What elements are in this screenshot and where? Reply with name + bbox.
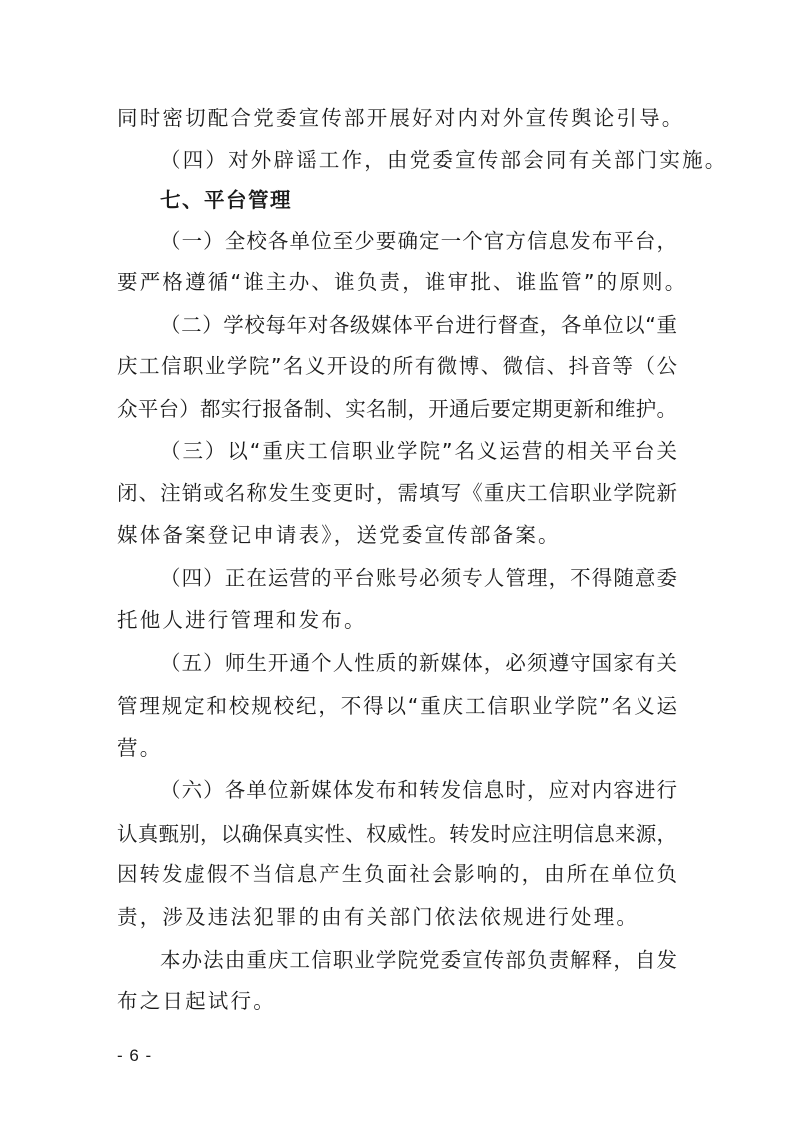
paragraph-line: 布之日起试行。 — [117, 988, 677, 1014]
paragraph-line: 管理规定和校规校纪，不得以“重庆工信职业学院”名义运 — [117, 693, 677, 719]
paragraph-line: 庆工信职业学院”名义开设的所有微博、微信、抖音等（公 — [117, 353, 677, 379]
paragraph-line: 责，涉及违法犯罪的由有关部门依法依规进行处理。 — [117, 904, 677, 930]
paragraph-line: （三）以“重庆工信职业学院”名义运营的相关平台关 — [160, 438, 677, 464]
paragraph-line: 本办法由重庆工信职业学院党委宣传部负责解释，自发 — [160, 947, 677, 973]
paragraph-line: （四）正在运营的平台账号必须专人管理，不得随意委 — [160, 565, 677, 591]
paragraph-line: （六）各单位新媒体发布和转发信息时，应对内容进行 — [160, 777, 677, 803]
document-page: 同时密切配合党委宣传部开展好对内对外宣传舆论引导。 （四）对外辟谣工作，由党委宣… — [0, 0, 793, 1122]
paragraph-line: （二）学校每年对各级媒体平台进行督查，各单位以“重 — [160, 312, 677, 338]
paragraph-line: 营。 — [117, 735, 677, 761]
paragraph-line: （一）全校各单位至少要确定一个官方信息发布平台， — [160, 228, 677, 254]
paragraph-line: 媒体备案登记申请表》，送党委宣传部备案。 — [117, 522, 677, 548]
paragraph-line: 托他人进行管理和发布。 — [117, 607, 677, 633]
paragraph-line: 众平台）都实行报备制、实名制，开通后要定期更新和维护。 — [117, 396, 677, 422]
section-heading: 七、平台管理 — [160, 187, 677, 213]
paragraph-line: 认真甄别，以确保真实性、权威性。转发时应注明信息来源， — [117, 821, 677, 847]
page-number: - 6 - — [117, 1046, 152, 1066]
paragraph-line: 同时密切配合党委宣传部开展好对内对外宣传舆论引导。 — [117, 105, 677, 131]
paragraph-line: 闭、注销或名称发生变更时，需填写《重庆工信职业学院新 — [117, 480, 677, 506]
paragraph-line: （五）师生开通个人性质的新媒体，必须遵守国家有关 — [160, 650, 677, 676]
paragraph-line: 因转发虚假不当信息产生负面社会影响的，由所在单位负 — [117, 861, 677, 887]
paragraph-line: 要严格遵循“谁主办、谁负责，谁审批、谁监管”的原则。 — [117, 269, 677, 295]
paragraph-line: （四）对外辟谣工作，由党委宣传部会同有关部门实施。 — [160, 147, 677, 173]
